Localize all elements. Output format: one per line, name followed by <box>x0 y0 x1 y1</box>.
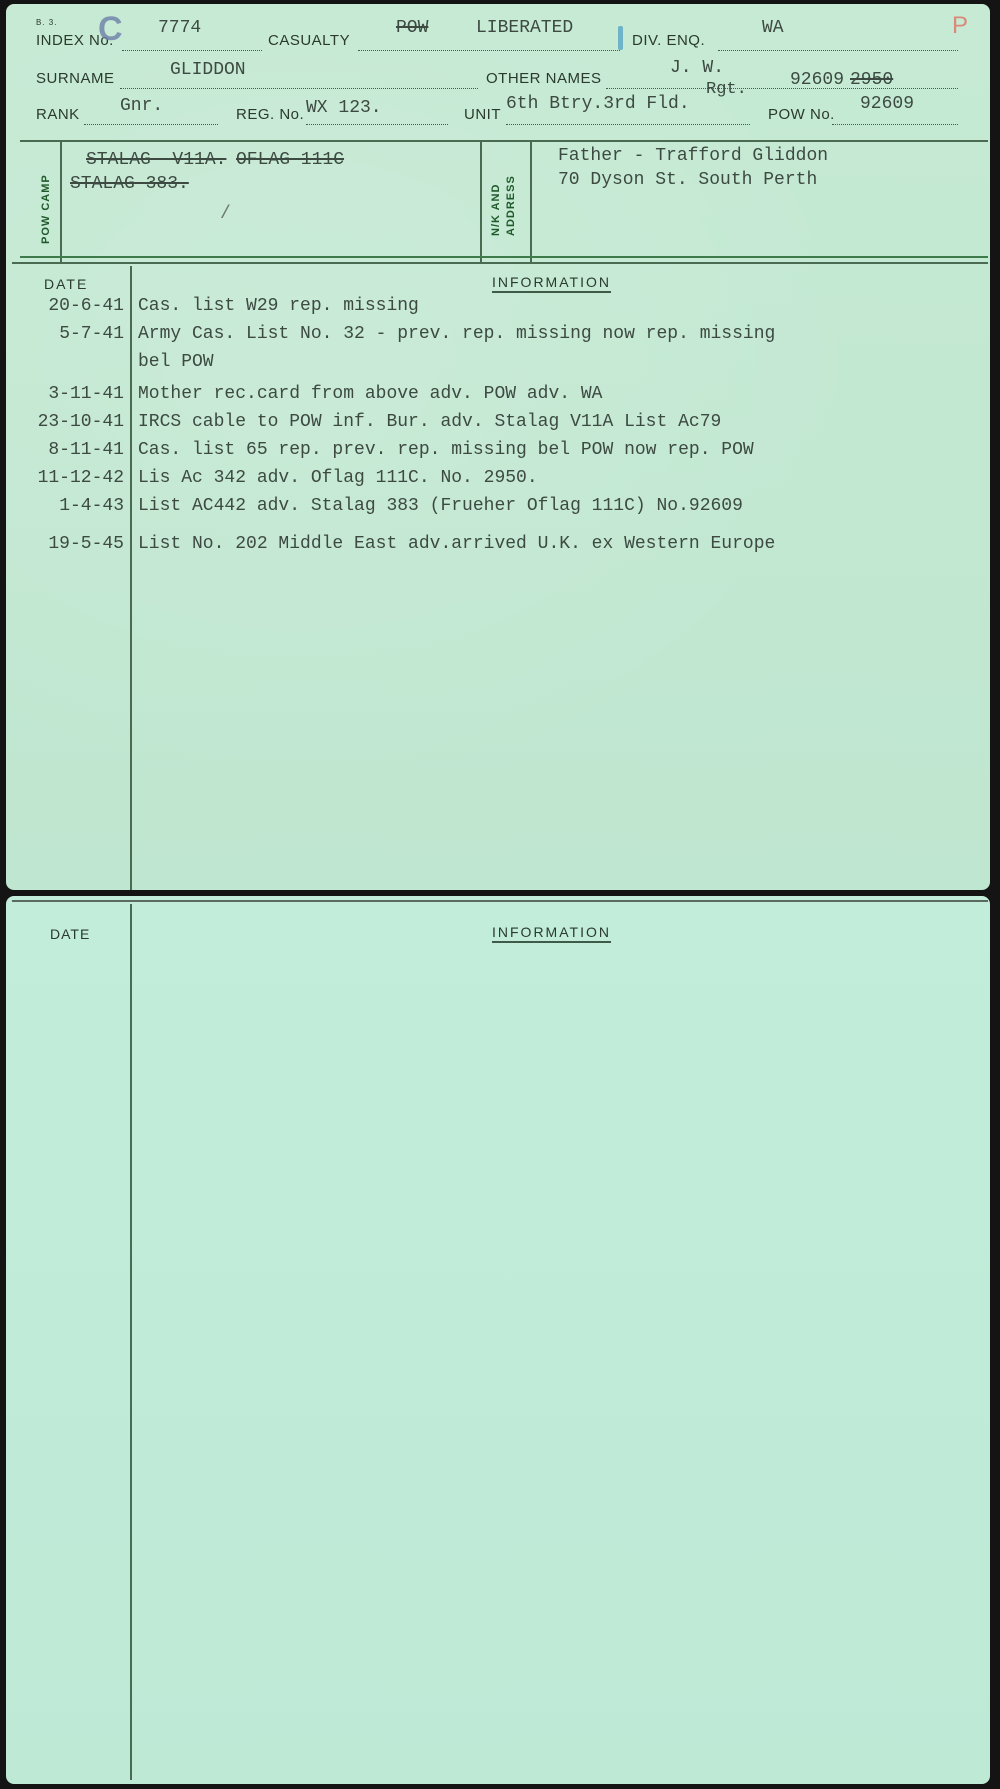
entry-information: Cas. list W29 rep. missing <box>138 296 419 316</box>
information-header: INFORMATION <box>492 274 611 293</box>
entry-date: 11-12-42 <box>6 468 124 488</box>
div-enq-field-line <box>718 50 958 51</box>
casualty-value: LIBERATED <box>476 18 573 38</box>
rank-field-line <box>84 124 218 125</box>
other-names-label: OTHER NAMES <box>486 70 602 87</box>
surname-field-line <box>120 88 478 89</box>
pow-no-value: 92609 <box>860 94 914 114</box>
rank-label: RANK <box>36 106 80 123</box>
entry-date: 5-7-41 <box>6 324 124 344</box>
entry-information: IRCS cable to POW inf. Bur. adv. Stalag … <box>138 412 721 432</box>
index-field-line <box>122 50 262 51</box>
unit-label: UNIT <box>464 106 501 123</box>
pow-camp-label: POW CAMP <box>40 174 52 244</box>
record-card-front: B. 3. INDEX No. C 7774 CASUALTY POW LIBE… <box>6 4 990 890</box>
reg-no-label: REG. No. <box>236 106 304 123</box>
reg-no-value: WX 123. <box>306 98 382 118</box>
form-code: B. 3. <box>36 18 57 27</box>
pencil-tick-mark: / <box>220 204 231 224</box>
other-names-value: J. W. <box>670 58 724 78</box>
pow-camp-struck-2: OFLAG-111C <box>236 150 344 170</box>
div-enq-label: DIV. ENQ. <box>632 32 705 49</box>
other-names-field-line <box>606 88 958 89</box>
entry-date: 3-11-41 <box>6 384 124 404</box>
band-double-rule-bottom <box>12 262 988 264</box>
nok-left-divider <box>480 140 482 264</box>
entry-date: 20-6-41 <box>6 296 124 316</box>
pow-no-above-struck: 2950 <box>850 70 893 90</box>
entry-information: List No. 202 Middle East adv.arrived U.K… <box>138 534 775 554</box>
entry-information: List AC442 adv. Stalag 383 (Frueher Ofla… <box>138 496 743 516</box>
entry-information: Mother rec.card from above adv. POW adv.… <box>138 384 602 404</box>
nok-line2: 70 Dyson St. South Perth <box>558 170 817 190</box>
nok-label-line1: N/K AND <box>490 184 502 236</box>
unit-field-line <box>506 124 750 125</box>
div-enq-value: WA <box>762 18 784 38</box>
band-double-rule-top <box>20 256 988 258</box>
unit-value: 6th Btry.3rd Fld. <box>506 94 690 114</box>
entry-information: bel POW <box>138 352 214 372</box>
pow-camp-struck-3: STALAG-383. <box>70 174 189 194</box>
entry-date: 1-4-43 <box>6 496 124 516</box>
pow-no-above: 92609 <box>790 70 844 90</box>
casualty-label: CASUALTY <box>268 32 350 49</box>
entry-date: 8-11-41 <box>6 440 124 460</box>
entry-date: 19-5-45 <box>6 534 124 554</box>
nok-label-line2: ADDRESS <box>505 175 517 236</box>
reg-no-field-line <box>306 124 448 125</box>
date-column-divider <box>130 904 132 1780</box>
surname-label: SURNAME <box>36 70 115 87</box>
date-column-divider <box>130 266 132 890</box>
entry-information: Cas. list 65 rep. prev. rep. missing bel… <box>138 440 754 460</box>
nok-right-divider <box>530 140 532 264</box>
pow-no-label: POW No. <box>768 106 835 123</box>
pow-camp-struck-1: STALAG--V11A. <box>86 150 226 170</box>
information-header: INFORMATION <box>492 924 611 943</box>
unit-value-extra: Rgt. <box>706 80 747 99</box>
date-header: DATE <box>44 276 88 292</box>
pow-no-field-line <box>832 124 958 125</box>
blue-pencil-mark <box>618 26 623 50</box>
record-card-back: DATE INFORMATION <box>6 896 990 1784</box>
nok-line1: Father - Trafford Gliddon <box>558 146 828 166</box>
casualty-struck-value: POW <box>396 18 428 38</box>
date-header: DATE <box>50 926 90 942</box>
header-divider <box>20 140 988 142</box>
entry-information: Lis Ac 342 adv. Oflag 111C. No. 2950. <box>138 468 538 488</box>
top-rule <box>12 900 988 902</box>
index-stamp-mark: C <box>98 10 123 49</box>
entry-date: 23-10-41 <box>6 412 124 432</box>
surname-value: GLIDDON <box>170 60 246 80</box>
casualty-field-line <box>358 50 620 51</box>
corner-pencil-mark: P <box>952 12 968 40</box>
entry-information: Army Cas. List No. 32 - prev. rep. missi… <box>138 324 775 344</box>
index-value: 7774 <box>158 18 201 38</box>
rank-value: Gnr. <box>120 96 163 116</box>
pow-camp-divider <box>60 140 62 264</box>
